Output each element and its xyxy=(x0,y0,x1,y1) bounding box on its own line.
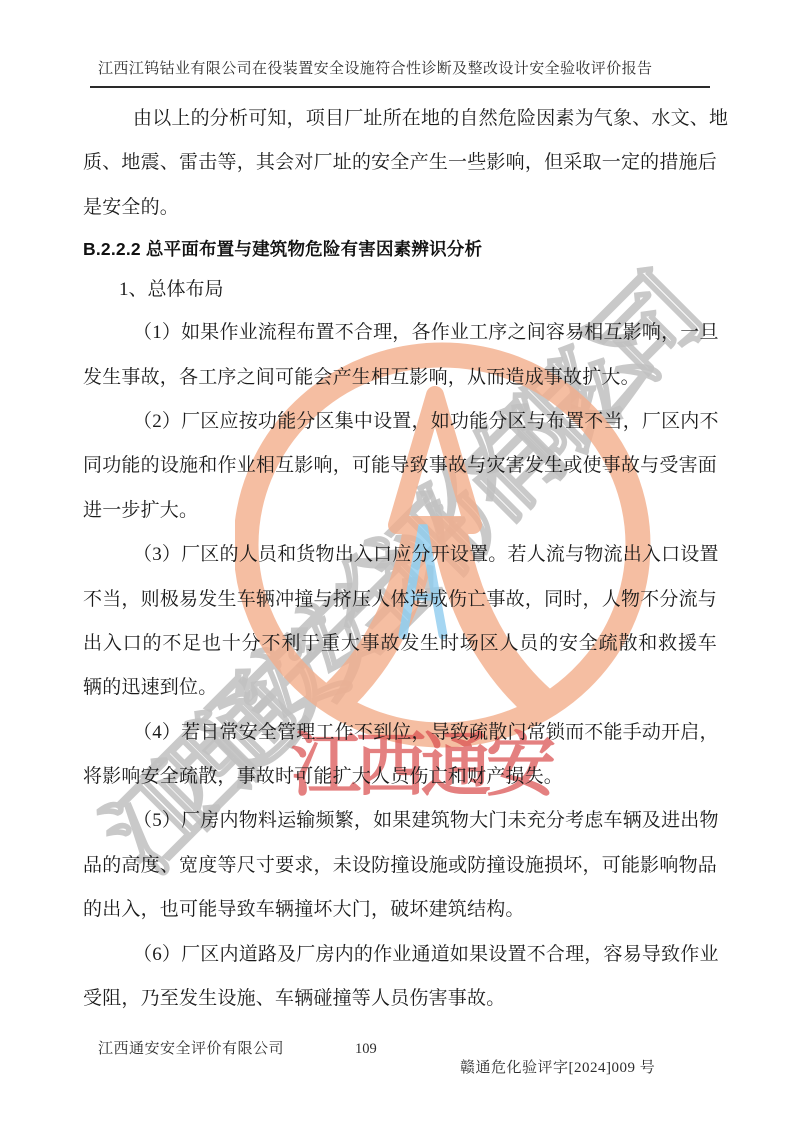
body-line: 发生事故，各工序之间可能会产生相互影响，从而造成事故扩大。 xyxy=(83,356,717,400)
body-line: （4）若日常安全管理工作不到位，导致疏散门常锁而不能手动开启， xyxy=(83,711,717,755)
body-line: （5）厂房内物料运输频繁，如果建筑物大门未充分考虑车辆及进出物 xyxy=(83,799,717,843)
page-header: 江西江钨钴业有限公司在役装置安全设施符合性诊断及整改设计安全验收评价报告 xyxy=(90,61,710,88)
body-line: （2）厂区应按功能分区集中设置，如功能分区与布置不当，厂区内不 xyxy=(83,400,717,444)
footer-page-number: 109 xyxy=(355,1041,377,1058)
body-line: 辆的迅速到位。 xyxy=(83,666,717,710)
body-line: 受阻，乃至发生设施、车辆碰撞等人员伤害事故。 xyxy=(83,977,717,1021)
body-line: （1）如果作业流程布置不合理，各作业工序之间容易相互影响，一旦 xyxy=(83,311,717,355)
body-line: 的出入，也可能导致车辆撞坏大门，破坏建筑结构。 xyxy=(83,888,717,932)
body-line: 由以上的分析可知，项目厂址所在地的自然危险因素为气象、水文、地 xyxy=(83,97,717,141)
section-heading: B.2.2.2 总平面布置与建筑物危险有害因素辨识分析 xyxy=(83,230,717,269)
body-line: 是安全的。 xyxy=(83,186,717,230)
body-line: （6）厂区内道路及厂房内的作业通道如果设置不合理，容易导致作业 xyxy=(83,933,717,977)
body-line: 进一步扩大。 xyxy=(83,489,717,533)
footer-doc-ref: 赣通危化验评字[2024]009 号 xyxy=(460,1056,655,1077)
body-line: 出入口的不足也十分不利于重大事故发生时场区人员的安全疏散和救援车 xyxy=(83,622,717,666)
report-page: 江西通安安全评价有限公司 江西通安 江西江钨钴业有限公司在役装置安全设施符合性诊… xyxy=(0,0,800,1131)
subsection-title: 1、总体布局 xyxy=(83,269,717,311)
body-line: 品的高度、宽度等尺寸要求，未设防撞设施或防撞设施损坏，可能影响物品 xyxy=(83,844,717,888)
body-line: 不当，则极易发生车辆冲撞与挤压人体造成伤亡事故，同时，人物不分流与 xyxy=(83,578,717,622)
body-line: 同功能的设施和作业相互影响，可能导致事故与灾害发生或使事故与受害面 xyxy=(83,444,717,488)
body-line: （3）厂区的人员和货物出入口应分开设置。若人流与物流出入口设置 xyxy=(83,533,717,577)
header-title: 江西江钨钴业有限公司在役装置安全设施符合性诊断及整改设计安全验收评价报告 xyxy=(98,61,710,77)
body-line: 将影响安全疏散，事故时可能扩大人员伤亡和财产损失。 xyxy=(83,755,717,799)
body-line: 质、地震、雷击等，其会对厂址的安全产生一些影响，但采取一定的措施后 xyxy=(83,141,717,185)
footer-company: 江西通安安全评价有限公司 xyxy=(98,1037,284,1058)
document-body: 由以上的分析可知，项目厂址所在地的自然危险因素为气象、水文、地 质、地震、雷击等… xyxy=(83,97,717,1021)
